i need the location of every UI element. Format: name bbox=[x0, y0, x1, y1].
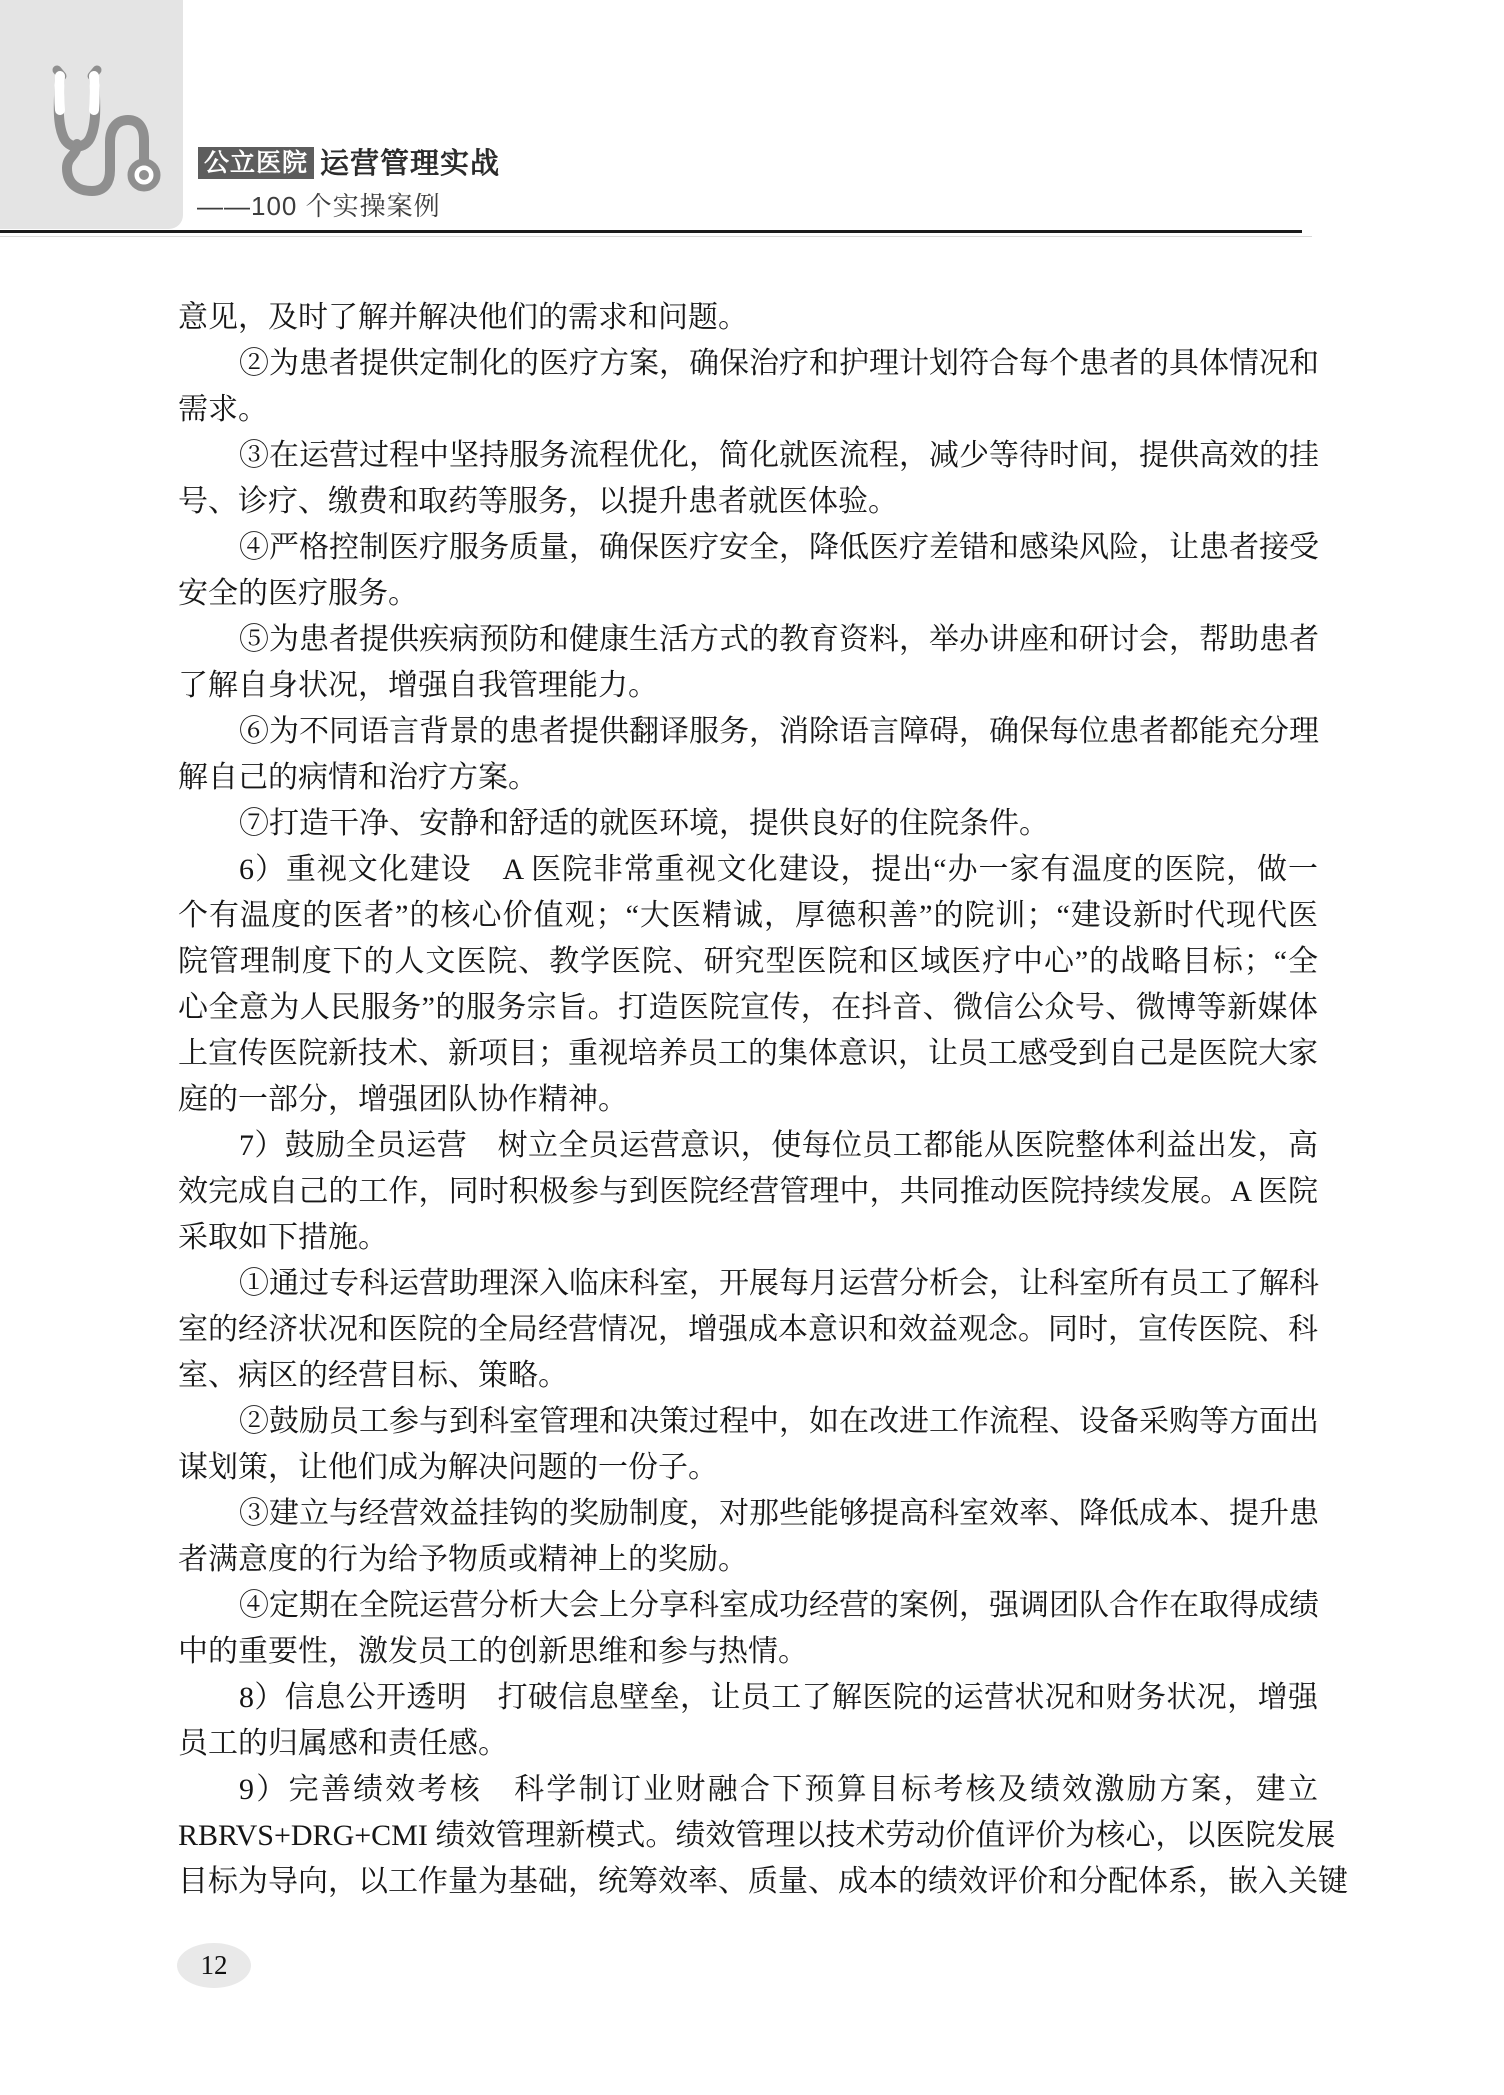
header-rule-light bbox=[0, 236, 1312, 237]
text-line: ⑤为患者提供疾病预防和健康生活方式的教育资料，举办讲座和研讨会，帮助患者 bbox=[178, 617, 1318, 663]
text-line: 谋划策，让他们成为解决问题的一份子。 bbox=[178, 1445, 1318, 1491]
text-line: ④定期在全院运营分析大会上分享科室成功经营的案例，强调团队合作在取得成绩 bbox=[178, 1583, 1318, 1629]
text-line: ④严格控制医疗服务质量，确保医疗安全，降低医疗差错和感染风险，让患者接受 bbox=[178, 525, 1318, 571]
text-line: 9）完善绩效考核 科学制订业财融合下预算目标考核及绩效激励方案，建立 bbox=[178, 1767, 1318, 1813]
text-line: 安全的医疗服务。 bbox=[178, 571, 1318, 617]
header-logo-box bbox=[0, 0, 183, 229]
text-line: 员工的归属感和责任感。 bbox=[178, 1721, 1318, 1767]
book-page: 公立医院运营管理实战 ——100 个实操案例 意见，及时了解并解决他们的需求和问… bbox=[0, 0, 1504, 2095]
text-line: 解自己的病情和治疗方案。 bbox=[178, 755, 1318, 801]
page-number: 12 bbox=[201, 1950, 228, 1980]
text-line: ⑦打造干净、安静和舒适的就医环境，提供良好的住院条件。 bbox=[178, 801, 1318, 847]
text-line: 8）信息公开透明 打破信息壁垒，让员工了解医院的运营状况和财务状况，增强 bbox=[178, 1675, 1318, 1721]
text-line: ①通过专科运营助理深入临床科室，开展每月运营分析会，让科室所有员工了解科 bbox=[178, 1261, 1318, 1307]
text-line: 上宣传医院新技术、新项目；重视培养员工的集体意识，让员工感受到自己是医院大家 bbox=[178, 1031, 1318, 1077]
title-text: 运营管理实战 bbox=[320, 148, 500, 180]
text-line: 室的经济状况和医院的全局经营情况，增强成本意识和效益观念。同时，宣传医院、科 bbox=[178, 1307, 1318, 1353]
text-line: 室、病区的经营目标、策略。 bbox=[178, 1353, 1318, 1399]
text-line: 需求。 bbox=[178, 387, 1318, 433]
text-line: 院管理制度下的人文医院、教学医院、研究型医院和区域医疗中心”的战略目标；“全 bbox=[178, 939, 1318, 985]
text-line: 6）重视文化建设 A 医院非常重视文化建设，提出“办一家有温度的医院，做一 bbox=[178, 847, 1318, 893]
text-line: 者满意度的行为给予物质或精神上的奖励。 bbox=[178, 1537, 1318, 1583]
text-line: 庭的一部分，增强团队协作精神。 bbox=[178, 1077, 1318, 1123]
text-line: 了解自身状况，增强自我管理能力。 bbox=[178, 663, 1318, 709]
stethoscope-icon bbox=[22, 52, 162, 222]
text-line: ③在运营过程中坚持服务流程优化，简化就医流程，减少等待时间，提供高效的挂 bbox=[178, 433, 1318, 479]
book-title: 公立医院运营管理实战 bbox=[198, 141, 500, 182]
text-line: ②鼓励员工参与到科室管理和决策过程中，如在改进工作流程、设备采购等方面出 bbox=[178, 1399, 1318, 1445]
text-line: 效完成自己的工作，同时积极参与到医院经营管理中，共同推动医院持续发展。A 医院 bbox=[178, 1169, 1318, 1215]
text-line: 意见，及时了解并解决他们的需求和问题。 bbox=[178, 295, 1318, 341]
text-line: 号、诊疗、缴费和取药等服务，以提升患者就医体验。 bbox=[178, 479, 1318, 525]
body-text: 意见，及时了解并解决他们的需求和问题。②为患者提供定制化的医疗方案，确保治疗和护… bbox=[178, 295, 1318, 1905]
text-line: RBRVS+DRG+CMI 绩效管理新模式。绩效管理以技术劳动价值评价为核心，以… bbox=[178, 1813, 1318, 1859]
text-line: ②为患者提供定制化的医疗方案，确保治疗和护理计划符合每个患者的具体情况和 bbox=[178, 341, 1318, 387]
text-line: 7）鼓励全员运营 树立全员运营意识，使每位员工都能从医院整体利益出发，高 bbox=[178, 1123, 1318, 1169]
title-badge: 公立医院 bbox=[198, 147, 314, 179]
page-number-badge: 12 bbox=[177, 1943, 251, 1988]
header-rule bbox=[0, 230, 1302, 233]
text-line: ⑥为不同语言背景的患者提供翻译服务，消除语言障碍，确保每位患者都能充分理 bbox=[178, 709, 1318, 755]
text-line: 心全意为人民服务”的服务宗旨。打造医院宣传，在抖音、微信公众号、微博等新媒体 bbox=[178, 985, 1318, 1031]
text-line: 采取如下措施。 bbox=[178, 1215, 1318, 1261]
text-line: 中的重要性，激发员工的创新思维和参与热情。 bbox=[178, 1629, 1318, 1675]
text-line: 个有温度的医者”的核心价值观；“大医精诚，厚德积善”的院训；“建设新时代现代医 bbox=[178, 893, 1318, 939]
text-line: ③建立与经营效益挂钩的奖励制度，对那些能够提高科室效率、降低成本、提升患 bbox=[178, 1491, 1318, 1537]
text-line: 目标为导向，以工作量为基础，统筹效率、质量、成本的绩效评价和分配体系，嵌入关键 bbox=[178, 1859, 1318, 1905]
book-subtitle: ——100 个实操案例 bbox=[197, 186, 441, 223]
